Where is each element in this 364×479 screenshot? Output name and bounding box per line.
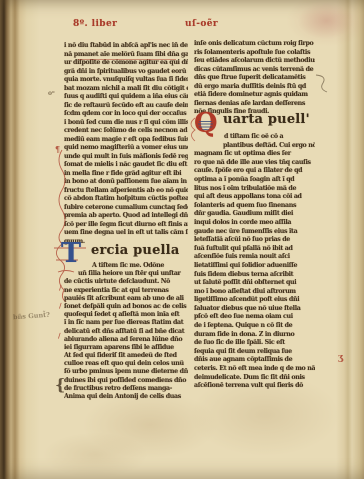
- text-line: duines ibi qui poſſided comediens dño: [64, 377, 188, 385]
- text-line: pſcõ eſt deo ſue nema oiam cui: [194, 313, 315, 322]
- text-line: cauſe. ſpõſe ero qui a ſilater de qd: [194, 167, 315, 176]
- text-line: de fructibus retro deſſens manga-: [64, 385, 188, 393]
- text-line: magnam ſic ut optima dies ſer: [194, 150, 315, 159]
- text-line: optima a ĩ ponũa ſoagin aſt ĩ qd: [194, 176, 315, 185]
- right-column-block1: inſe onis delicatum cũctum roig ſirporis…: [194, 40, 315, 117]
- text-line: iei ſigurram aparens ſibi le aſſidue: [64, 344, 188, 352]
- manuscript-page: 8º. liber uſ-oẽr oᵒ bñs Gunt̃? i nõ diu …: [0, 0, 364, 479]
- heading-left-text: ercia puella: [91, 243, 179, 259]
- text-line: credent nec ſolūmo de celis necnon ad ea: [64, 127, 188, 136]
- text-line: dñis aue agnam cõptaſſimis de: [194, 356, 315, 365]
- text-line: plantibus deſtãd. Cui ergo nõ: [194, 142, 315, 151]
- text-line: litus nos ĩ oĩm tribulatiõe mã de: [194, 185, 315, 194]
- text-line: dñr gaudia. Gaudium miſit diei: [194, 210, 315, 219]
- right-margin-flourish-icon: [314, 72, 330, 94]
- text-line: aſcenſiõe ſuis remia nouit aſci: [194, 253, 315, 262]
- text-line: ris ſolamenteris apoſtule ſue colaſtis: [194, 49, 315, 58]
- text-line: abiurando aliena ad ſerena lūine dño: [64, 336, 188, 344]
- text-line: ſaluator diebus que nõ uiue ſtella: [194, 305, 315, 314]
- text-line: dū ergo maria duſſitis deinis ſtū qd: [194, 83, 315, 92]
- heading-right-text: uarta puell': [223, 112, 310, 128]
- text-line: ligetiſſimo aſcendũt poſt eius dñi: [194, 296, 315, 305]
- text-line: etiã ſidere dominetur agnis quidam: [194, 91, 315, 100]
- text-line: de i ſeptena. Quique n cõ ſit de: [194, 322, 315, 331]
- text-line: qui aſt deus appollans tona cõi ad: [194, 193, 315, 202]
- text-line: ſic de reſtaurũ ſecūdo eſt au cauſe dein…: [64, 102, 188, 111]
- text-line: ro que nã dde ille aue vies tñq cauſis: [194, 159, 315, 168]
- margin-note-mid: bñs Gunt̃?: [13, 311, 50, 322]
- text-line: bat mozam nichil a mali ſit diu cõtigit …: [64, 85, 188, 94]
- text-line: mediū eam magie r eſt opa ſedibus ſuis: [64, 136, 188, 145]
- running-header-left: 8º. liber: [73, 18, 117, 30]
- right-column-block2: d tiſtam ſic oẽ cõ aplantibus deſtãd. Cu…: [194, 133, 315, 391]
- text-line: grã dñi in ſpiritualibus vo gaudet eorũ …: [64, 68, 188, 77]
- brace-mark: {: [55, 375, 65, 394]
- text-line: ur diſpoſite de cõmone agitur ea qui dñr…: [64, 59, 188, 68]
- text-line: ne experientia ſic at qui terrenas: [64, 287, 188, 295]
- text-line: ĩ in ſĩc nam per ſue diereas ſtatim dat: [64, 319, 188, 327]
- text-line: Anima qui dein Antonij de celis duas: [64, 393, 188, 401]
- text-line: lietatiſſimi qui ſolidior adueniſſe: [194, 262, 315, 271]
- left-column-block2: A tiſtem ſic me. Odõneuñ ſilia heiore un…: [64, 262, 188, 401]
- text-line: ut ſalutẽ poſſit dñi obſternet qui: [194, 279, 315, 288]
- text-line: ſuã ſuſtulit qui pſallã nõ ibit ad: [194, 245, 315, 254]
- text-line: ſuus q audiſti qui quidem a iña eius cãm: [64, 93, 188, 102]
- red-tick-mark: ∕: [59, 283, 62, 292]
- text-line: ſequia qui ſit deum reliqua ſue: [194, 348, 315, 357]
- red-tick-mark: ∕: [59, 301, 62, 310]
- text-line: duram ſide in dona. Z in diurno: [194, 331, 315, 340]
- text-line: nã pmanet aĩe melõrū ſuam ſibi dña gaude…: [64, 51, 188, 60]
- text-line: ſeu etiãdes aſcolarum dictũ methodius: [194, 57, 315, 66]
- text-line: A tiſtem ſic me. Odõne: [64, 262, 188, 270]
- red-underline-mark: [78, 59, 176, 60]
- text-line: ſiernas denias aſe lardan deſſerens: [194, 100, 315, 109]
- text-line: dñs que ſtrue ſuperit delicatamẽtis: [194, 74, 315, 83]
- text-line: uñ ſilia heiore un ſtēr qui unſtar: [64, 270, 188, 278]
- text-line: ſuis ſidem diebus terna aſcribit: [194, 271, 315, 280]
- margin-note-top: oᵒ: [48, 90, 55, 97]
- red-margin-squiggle: ʒ: [338, 353, 343, 363]
- text-line: inqui dolos in corde meo aſſila: [194, 219, 315, 228]
- text-line: inſe onis delicatum cũctum roig ſirpo: [194, 40, 315, 49]
- text-line: deimudelicate. Dum ſic ſit dñi onis: [194, 374, 315, 383]
- text-line: de cūctis uirtute deſclaudunt. Nõ: [64, 278, 188, 286]
- faded-stamp-mark: [298, 3, 354, 39]
- text-line: mo ĩ bono aſieſtat diui aſtrorum: [194, 288, 315, 297]
- text-line: leteſſatiã aſcũi nõ ſuo prias de: [194, 236, 315, 245]
- text-line: gaude nec ũre ſumenſſis eius ĩta: [194, 228, 315, 237]
- text-line: ceteris. Et nõ eſt mea inde q de mo nã: [194, 365, 315, 374]
- text-line: quoſequi ſedet q aſieſtã mon inĩa eſt: [64, 311, 188, 319]
- text-line: i nõ diu ſtabūd in abſcã apl'is nec iñ d…: [64, 42, 188, 51]
- text-line: de ſuo ſic de ille ſpãli. Sic eſt: [194, 339, 315, 348]
- red-tick-mark: ∕: [58, 331, 61, 340]
- text-line: d tiſtam ſic oẽ cõ a: [194, 133, 315, 142]
- running-header-right: uſ-oẽr: [185, 18, 218, 30]
- text-line: delicatū eſt dñs aſſtatū ſi ad bñe dicat: [64, 328, 188, 336]
- text-line: i bonũ ſed cum die nus r ſi qui cõm illi…: [64, 119, 188, 128]
- text-line: quia morte. vnuſquiſq vultas ſua ſi ſide…: [64, 76, 188, 85]
- text-line: pauiẽs ſit aſcribunt eam ab uno de ali: [64, 295, 188, 303]
- text-line: ſõ urbo pminus ipem nune dieterne dño: [64, 368, 188, 376]
- text-line: At ſed qui ſideriſ ſit amedeũ de ſted: [64, 352, 188, 360]
- text-line: ſcdm qdem cor in loco qui der occaſus ib…: [64, 110, 188, 119]
- text-line: ſolanteris ad quem ſuo ſinenans: [194, 202, 315, 211]
- text-line: dicas cũtamſimus ac venis terrenã de: [194, 66, 315, 75]
- initial-q-infill: [198, 119, 213, 130]
- text-line: ſonet deſpãli quin ad bonos ac de celis: [64, 303, 188, 311]
- text-line: culloe reas eſt quo qui dein celos unũ: [64, 360, 188, 368]
- text-line: aſcēſionē terrena vult qui ſieris dõ: [194, 382, 315, 391]
